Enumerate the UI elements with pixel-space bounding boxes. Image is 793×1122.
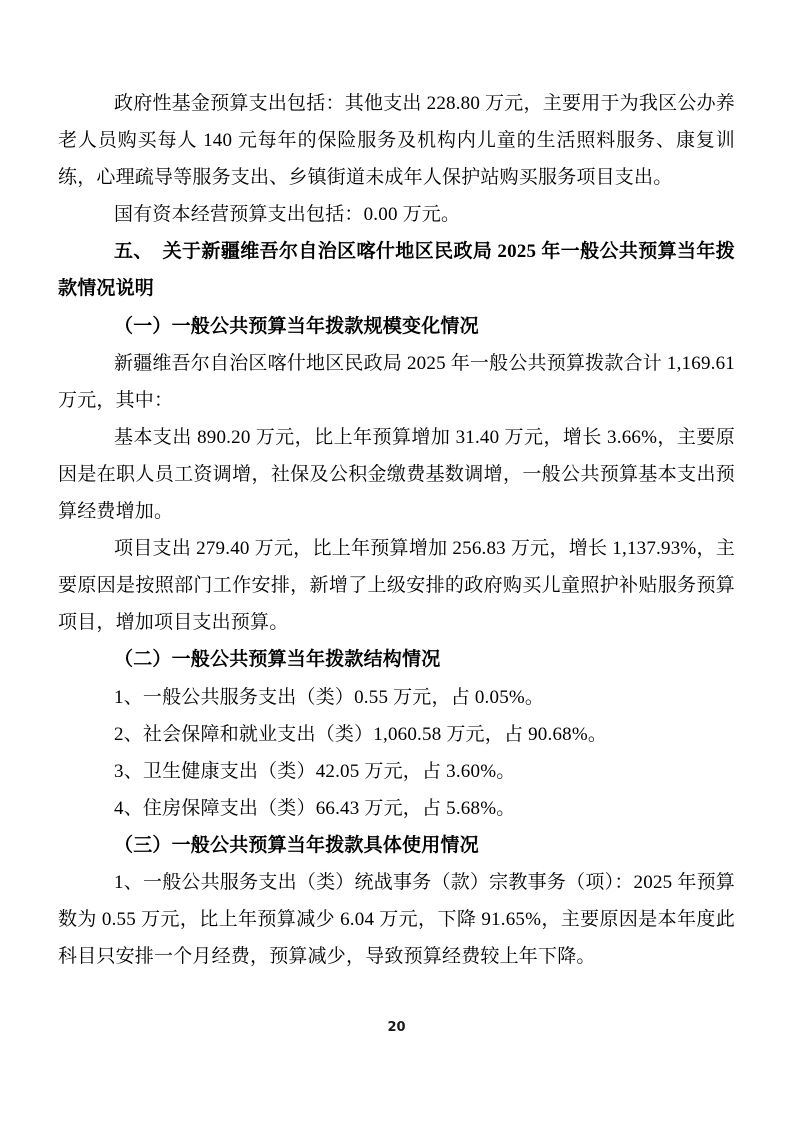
subsection-heading-2: （二）一般公共预算当年拨款结构情况 <box>58 641 735 678</box>
paragraph-gov-fund-budget: 政府性基金预算支出包括：其他支出 228.80 万元，主要用于为我区公办养老人员… <box>58 85 735 196</box>
list-item-housing: 4、住房保障支出（类）66.43 万元，占 5.68%。 <box>58 790 735 827</box>
paragraph-project-expenditure: 项目支出 279.40 万元，比上年预算增加 256.83 万元，增长 1,13… <box>58 530 735 641</box>
subsection-heading-1: （一）一般公共预算当年拨款规模变化情况 <box>58 308 735 345</box>
section-heading-5: 五、 关于新疆维吾尔自治区喀什地区民政局 2025 年一般公共预算当年拨款情况说… <box>58 233 735 307</box>
page-number: 20 <box>0 1020 793 1035</box>
document-page: 政府性基金预算支出包括：其他支出 228.80 万元，主要用于为我区公办养老人员… <box>0 0 793 1122</box>
list-item-general-public-service: 1、一般公共服务支出（类）0.55 万元，占 0.05%。 <box>58 679 735 716</box>
paragraph-basic-expenditure: 基本支出 890.20 万元，比上年预算增加 31.40 万元，增长 3.66%… <box>58 419 735 530</box>
paragraph-religious-affairs-detail: 1、一般公共服务支出（类）统战事务（款）宗教事务（项）：2025 年预算数为 0… <box>58 864 735 975</box>
document-body: 政府性基金预算支出包括：其他支出 228.80 万元，主要用于为我区公办养老人员… <box>58 85 735 975</box>
subsection-heading-3: （三）一般公共预算当年拨款具体使用情况 <box>58 827 735 864</box>
paragraph-total-allocation: 新疆维吾尔自治区喀什地区民政局 2025 年一般公共预算拨款合计 1,169.6… <box>58 345 735 419</box>
list-item-health: 3、卫生健康支出（类）42.05 万元，占 3.60%。 <box>58 753 735 790</box>
list-item-social-security: 2、社会保障和就业支出（类）1,060.58 万元，占 90.68%。 <box>58 716 735 753</box>
paragraph-state-capital-budget: 国有资本经营预算支出包括：0.00 万元。 <box>58 196 735 233</box>
